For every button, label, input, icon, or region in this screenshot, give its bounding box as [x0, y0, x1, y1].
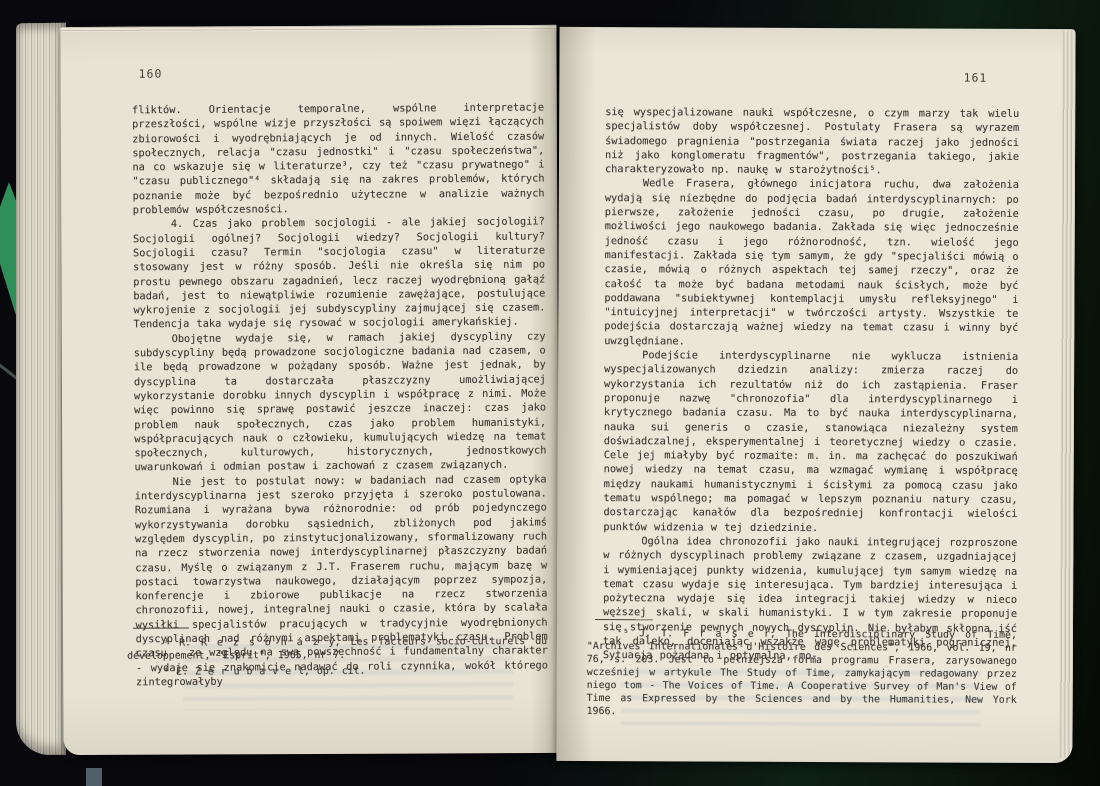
paragraph: 4. Czas jako problem socjologii - ale ja… — [133, 215, 546, 332]
paragraph: fliktów. Orientacje temporalne, wspólne … — [132, 100, 545, 217]
right-page: 161 się wyspecjalizowane nauki współczes… — [556, 27, 1075, 763]
left-page: 160 fliktów. Orientacje temporalne, wspó… — [60, 25, 559, 755]
page-number: 160 — [139, 67, 163, 81]
paragraph: Podejście interdyscyplinarne nie wyklucz… — [603, 348, 1018, 536]
page-number: 161 — [964, 71, 988, 85]
right-page-footnotes: ⁵ J. T. F r a s e r, The Interdisciplina… — [587, 627, 1017, 720]
paragraph: Obojętne wydaje się, w ramach jakiej dys… — [134, 329, 547, 475]
paragraph: się wyspecjalizowane nauki współczesne, … — [605, 105, 1019, 178]
bookmark-tab — [86, 768, 102, 786]
right-page-text: się wyspecjalizowane nauki współczesne, … — [603, 105, 1019, 664]
book-scan-background: 160 fliktów. Orientacje temporalne, wspó… — [0, 0, 1100, 786]
left-page-text: fliktów. Orientacje temporalne, wspólne … — [132, 100, 548, 689]
open-book: 160 fliktów. Orientacje temporalne, wspó… — [16, 20, 1078, 762]
footnote: ⁴ E. Z e r u b a v e l, op. cit. — [127, 664, 547, 679]
footnote: ³ R. R e z s ö h á z y, Les facteurs soc… — [127, 635, 547, 663]
left-page-footnotes: ³ R. R e z s ö h á z y, Les facteurs soc… — [127, 635, 547, 679]
paragraph: Wedle Frasera, głównego inicjatora ruchu… — [604, 177, 1019, 350]
footnote: ⁵ J. T. F r a s e r, The Interdisciplina… — [587, 627, 1017, 720]
left-page-stack-edge — [16, 23, 66, 756]
